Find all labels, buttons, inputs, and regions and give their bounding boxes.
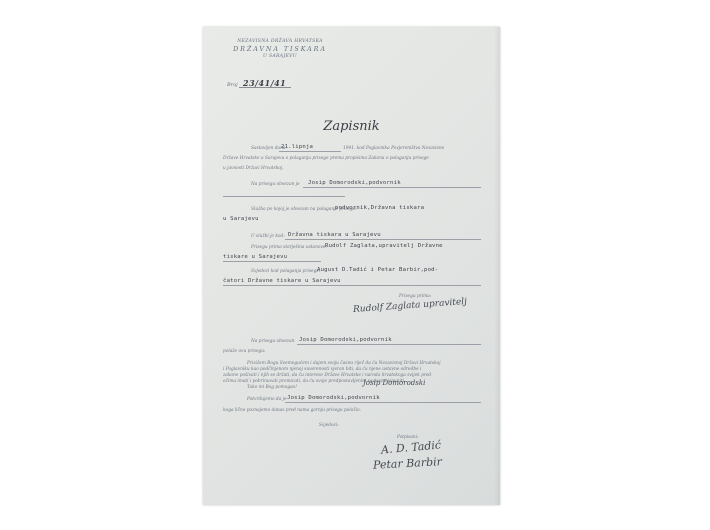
receiver-signature: Rudolf Zaglata upravitelj (353, 297, 468, 315)
witnesses-label: Svjedoci: (319, 423, 339, 428)
oath-signature: Josip Domorodski (363, 379, 425, 387)
oath-sworn-rule (297, 344, 481, 345)
witness-signature-1: A. D. Tadić (381, 438, 442, 456)
confirm-rule (285, 402, 481, 403)
witness-rule (223, 285, 481, 286)
witness-signature-2: Petar Barbir (373, 455, 442, 472)
receiver-value-1: Rudolf Zaglata,upravitelj Državne (325, 243, 443, 249)
intro-suffix: 1941. kod Poglavnika Povjereništva Nezav… (343, 146, 444, 151)
oath-sworn-label: Na prisegu obvezan (251, 339, 294, 344)
position-value-2: u Sarajevu (223, 216, 259, 222)
document-title: Zapisnik (203, 119, 500, 134)
confirm-after: koga lično poznajemo danas pred nama gor… (223, 408, 361, 413)
reference-label: Broj (227, 82, 238, 88)
receiver-label: Prisegu prima starješina ustanove: (251, 245, 327, 250)
receiver-sign-label: Prisegu prima: (399, 294, 431, 299)
oath-text-1: Prisižem Bogu Svemogućem i dajem svoju č… (247, 361, 441, 366)
witness-value-1: August D.Tadić i Petar Barbir,pod- (317, 267, 438, 273)
sworn-value: Josip Domorodski,podvornik (308, 180, 401, 186)
oath-text-2: i Poglavniku kao podčinjenom njenoj suve… (223, 367, 421, 372)
letterhead-state: NEZAVISNA DRŽAVA HRVATSKA (225, 39, 335, 44)
sworn-rule (303, 187, 481, 188)
document-page: NEZAVISNA DRŽAVA HRVATSKA DRŽAVNA TISKAR… (203, 27, 500, 505)
letterhead-office: DRŽAVNA TISKARA (225, 45, 335, 53)
receiver-rule (223, 261, 321, 262)
intro-date: 21.lipnja (281, 144, 313, 150)
oath-after: polaže ovu prisegu: (223, 349, 266, 354)
receiver-value-2: tiskare u Sarajevu (223, 254, 287, 260)
oath-sworn-value: Josip Domorodski,podvornik (299, 337, 392, 343)
intro-line-3: u javnosti Državi Hrvatskoj. (223, 166, 284, 171)
letterhead: NEZAVISNA DRŽAVA HRVATSKA DRŽAVNA TISKAR… (225, 39, 335, 59)
office-label: U službi je kod: (251, 234, 285, 239)
date-rule (279, 151, 341, 152)
office-rule (285, 239, 481, 240)
oath-text-5: Tako mi Bog pomogao! (247, 385, 297, 390)
letterhead-city: U SARAJEVU (225, 54, 335, 59)
intro-line-2: Države Hrvatske u Sarajevu o polaganju p… (223, 156, 429, 161)
office-value: Državna tiskara u Sarajevu (288, 232, 381, 238)
position-value-1: podvornik,Državna tiskara (335, 205, 424, 211)
confirm-label: Potvrđujemo da je (247, 397, 287, 402)
witness-value-2: čatori Državne tiskare u Sarajevu (223, 278, 341, 284)
confirm-value: Josip Domorodski,podvornik (287, 395, 380, 401)
sworn-label: Na prisegu obvezan je (251, 182, 300, 187)
signers-label: Potpisani: (397, 435, 419, 440)
sworn-rule-2 (223, 196, 345, 197)
reference-number: 23/41/41 (243, 78, 286, 88)
oath-text-3: zakone pošivati i njih se držati, da ću … (223, 373, 431, 378)
witness-label: Svjedoci kod polaganja prisege: (251, 269, 320, 274)
